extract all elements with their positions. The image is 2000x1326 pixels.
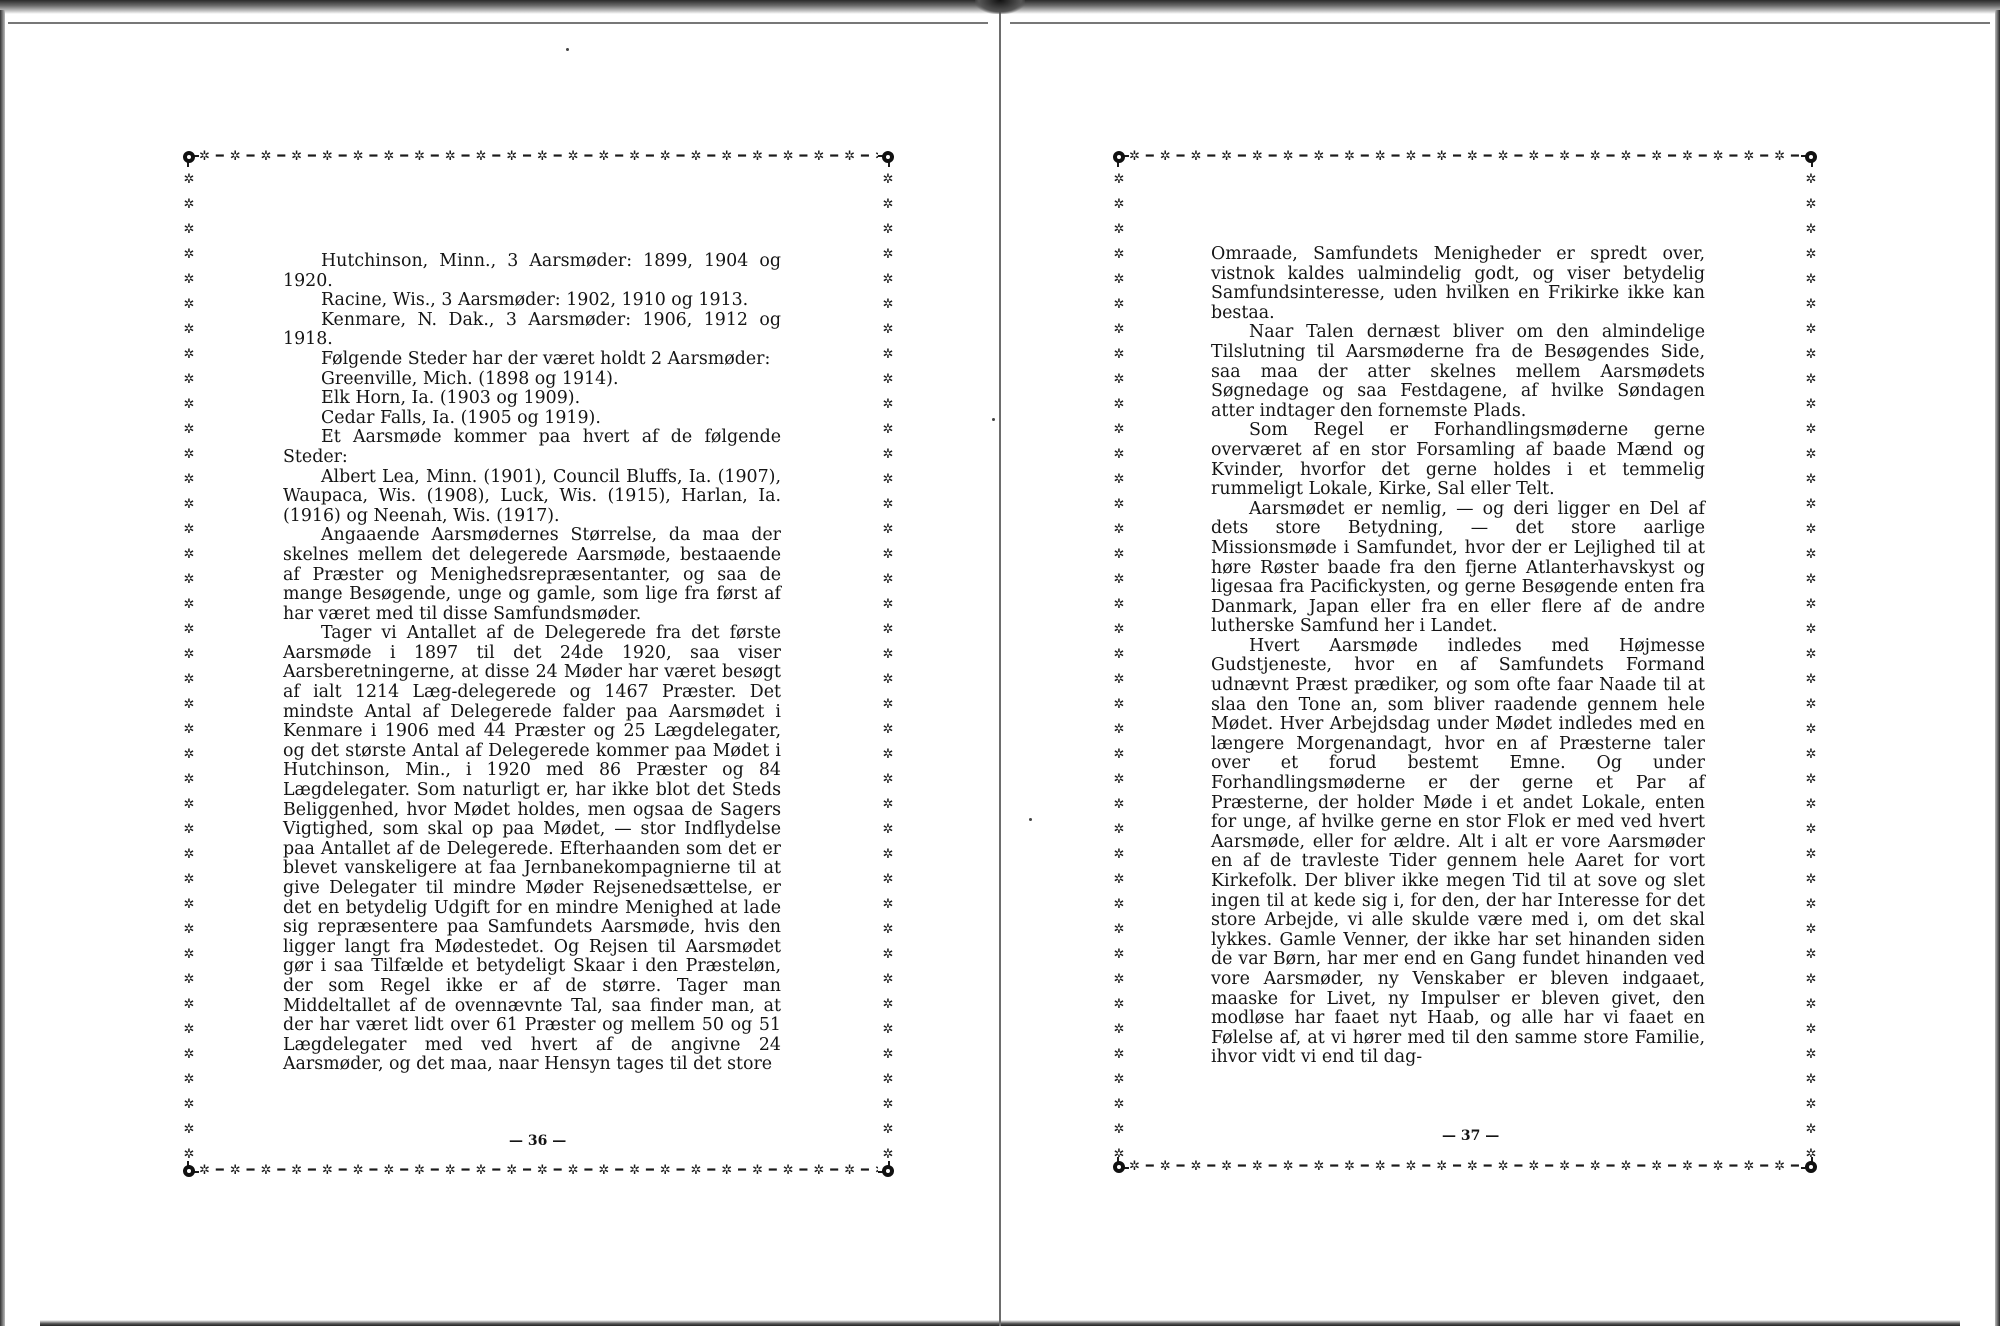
corner-rosette-icon — [183, 151, 195, 163]
left-page-text: Hutchinson, Minn., 3 Aarsmøder: 1899, 19… — [283, 252, 781, 1075]
paragraph: Hvert Aarsmøde indledes med Højmesse Gud… — [1211, 637, 1705, 1068]
scan-speck — [992, 418, 995, 421]
paragraph: Elk Horn, Ia. (1903 og 1909). — [283, 389, 781, 409]
border-ornament-col-right: ✲✲✲✲✲✲✲✲✲✲✲✲✲✲✲✲✲✲✲✲✲✲✲✲✲✲✲✲✲✲✲✲✲✲✲✲✲✲✲✲… — [1803, 167, 1819, 1157]
border-ornament-row-top: ✲━✲━✲━✲━✲━✲━✲━✲━✲━✲━✲━✲━✲━✲━✲━✲━✲━✲━✲━✲━… — [199, 149, 878, 165]
paragraph: Aarsmødet er nemlig, — og deri ligger en… — [1211, 500, 1705, 637]
page-number: — 37 — — [1442, 1128, 1499, 1144]
border-ornament-col-left: ✲✲✲✲✲✲✲✲✲✲✲✲✲✲✲✲✲✲✲✲✲✲✲✲✲✲✲✲✲✲✲✲✲✲✲✲✲✲✲✲… — [181, 167, 197, 1161]
scan-edge-left — [0, 10, 5, 1326]
scan-edge-line-left — [8, 22, 988, 24]
corner-rosette-icon — [1113, 1161, 1125, 1173]
paragraph: Som Regel er Forhandlingsmøderne gerne o… — [1211, 421, 1705, 499]
corner-rosette-icon — [882, 151, 894, 163]
corner-rosette-icon — [1805, 151, 1817, 163]
corner-rosette-icon — [882, 1165, 894, 1177]
scan-speck — [1029, 818, 1032, 821]
border-ornament-col-left: ✲✲✲✲✲✲✲✲✲✲✲✲✲✲✲✲✲✲✲✲✲✲✲✲✲✲✲✲✲✲✲✲✲✲✲✲✲✲✲✲… — [1111, 167, 1127, 1157]
corner-rosette-icon — [1113, 151, 1125, 163]
paragraph: Følgende Steder har der været holdt 2 Aa… — [283, 350, 781, 370]
border-ornament-col-right: ✲✲✲✲✲✲✲✲✲✲✲✲✲✲✲✲✲✲✲✲✲✲✲✲✲✲✲✲✲✲✲✲✲✲✲✲✲✲✲✲… — [880, 167, 896, 1161]
corner-rosette-icon — [1805, 1161, 1817, 1173]
book-gutter-fold — [975, 0, 1025, 14]
book-gutter — [999, 6, 1001, 1326]
corner-rosette-icon — [183, 1165, 195, 1177]
border-ornament-row-bottom: ✲━✲━✲━✲━✲━✲━✲━✲━✲━✲━✲━✲━✲━✲━✲━✲━✲━✲━✲━✲━… — [1129, 1159, 1801, 1175]
paragraph: Tager vi Antallet af de Delegerede fra d… — [283, 624, 781, 1075]
scan-edge-right — [1995, 10, 2000, 1326]
paragraph: Greenville, Mich. (1898 og 1914). — [283, 370, 781, 390]
border-ornament-row-bottom: ✲━✲━✲━✲━✲━✲━✲━✲━✲━✲━✲━✲━✲━✲━✲━✲━✲━✲━✲━✲━… — [199, 1163, 878, 1179]
paragraph: Naar Talen dernæst bliver om den alminde… — [1211, 323, 1705, 421]
paragraph: Albert Lea, Minn. (1901), Council Bluffs… — [283, 468, 781, 527]
paragraph: Et Aarsmøde kommer paa hvert af de følge… — [283, 428, 781, 467]
border-ornament-row-top: ✲━✲━✲━✲━✲━✲━✲━✲━✲━✲━✲━✲━✲━✲━✲━✲━✲━✲━✲━✲━… — [1129, 149, 1801, 165]
paragraph: Angaaende Aarsmødernes Størrelse, da maa… — [283, 526, 781, 624]
scan-speck — [566, 48, 569, 51]
paragraph: Racine, Wis., 3 Aarsmøder: 1902, 1910 og… — [283, 291, 781, 311]
paragraph-continued: Omraade, Samfundets Menigheder er spredt… — [1211, 245, 1705, 323]
paragraph: Cedar Falls, Ia. (1905 og 1919). — [283, 409, 781, 429]
paragraph: Hutchinson, Minn., 3 Aarsmøder: 1899, 19… — [283, 252, 781, 291]
scan-edge-line-right — [1010, 22, 1990, 24]
paragraph: Kenmare, N. Dak., 3 Aarsmøder: 1906, 191… — [283, 311, 781, 350]
left-page: ✲━✲━✲━✲━✲━✲━✲━✲━✲━✲━✲━✲━✲━✲━✲━✲━✲━✲━✲━✲━… — [187, 155, 890, 1173]
right-page-text: Omraade, Samfundets Menigheder er spredt… — [1211, 245, 1705, 1068]
right-page: ✲━✲━✲━✲━✲━✲━✲━✲━✲━✲━✲━✲━✲━✲━✲━✲━✲━✲━✲━✲━… — [1117, 155, 1813, 1169]
page-number: — 36 — — [509, 1133, 566, 1149]
